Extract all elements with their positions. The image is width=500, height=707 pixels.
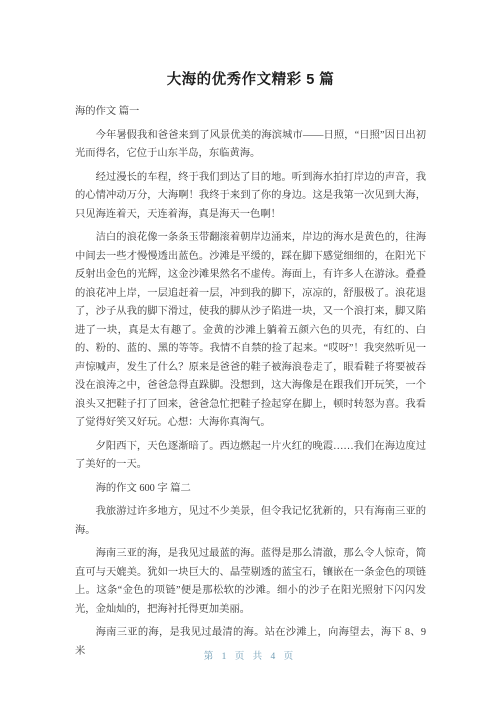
paragraph-1: 今年暑假我和爸爸来到了风景优美的海滨城市——日照，“日照”因日出初光而得名，它位…: [75, 127, 426, 164]
page-footer: 第 1 页 共 4 页: [0, 648, 500, 662]
document-title: 大海的优秀作文精彩 5 篇: [75, 70, 426, 90]
document-body: 海的作文 篇一 今年暑假我和爸爸来到了风景优美的海滨城市——日照，“日照”因日出…: [75, 103, 426, 661]
paragraph-2: 经过漫长的车程，终于我们到达了目的地。听到海水拍打岸边的声音，我的心情冲动万分，…: [75, 169, 426, 225]
paragraph-5: 我旅游过许多地方，见过不少美景，但令我记忆犹新的，只有海南三亚的海。: [75, 503, 426, 540]
section-heading-1: 海的作文 篇一: [75, 103, 426, 122]
paragraph-6: 海南三亚的海，是我见过最蓝的海。蓝得是那么清澈，那么令人惊奇，简直可与天媲美。犹…: [75, 545, 426, 619]
paragraph-3: 洁白的浪花像一条条玉带翻滚着朝岸边涌来，岸边的海水是黄色的，往海中间去一些才慢慢…: [75, 229, 426, 433]
section-heading-2: 海的作文 600 字 篇二: [75, 480, 426, 499]
document-page: 大海的优秀作文精彩 5 篇 海的作文 篇一 今年暑假我和爸爸来到了风景优美的海滨…: [0, 0, 500, 707]
paragraph-4: 夕阳西下，天色逐渐暗了。西边燃起一片火红的晚霞……我们在海边度过了美好的一天。: [75, 438, 426, 475]
page-indicator: 第 1 页 共 4 页: [204, 652, 296, 662]
